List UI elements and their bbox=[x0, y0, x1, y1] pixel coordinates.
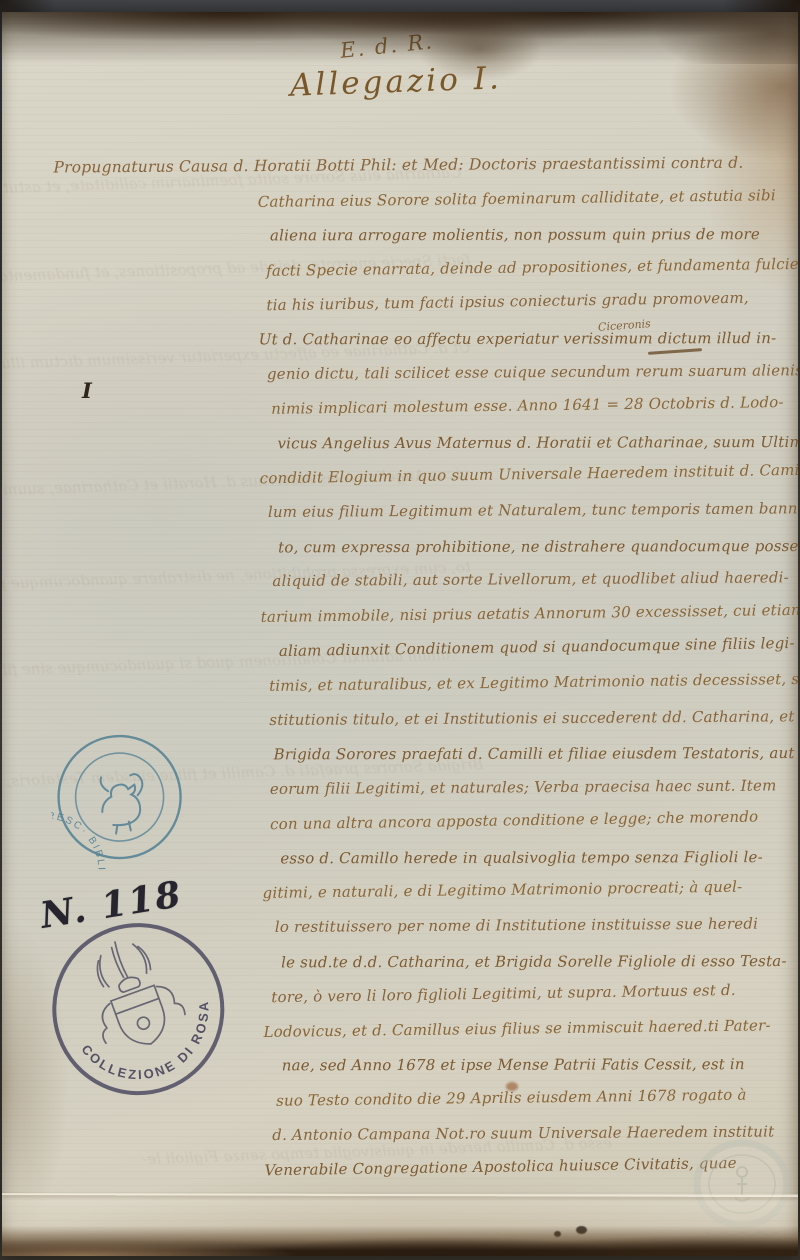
stamp-arc-text: COLLEZIONE DI ROSA bbox=[76, 995, 231, 1102]
svg-text:COLLEZIONE DI ROSA: COLLEZIONE DI ROSA bbox=[76, 995, 231, 1102]
library-stamp-queriniana: · BIBLIOTECA QUERINIANA COMUNALE IN BRES… bbox=[37, 714, 204, 884]
manuscript-scan: Catharina eius Sorore solita foeminarum … bbox=[0, 0, 800, 1260]
manuscript-line: Catharina eius Sorore solita foeminarum … bbox=[54, 178, 760, 222]
manuscript-line: to, cum expressa prohibitione, ne distra… bbox=[56, 529, 762, 565]
stained-top-edge bbox=[2, 12, 798, 64]
manuscript-line: nimis implicari molestum esse. Anno 1641… bbox=[55, 386, 761, 430]
rampant-lion-icon bbox=[95, 769, 151, 835]
margin-numeral: I bbox=[82, 378, 92, 403]
torn-bottom-edge bbox=[2, 1226, 798, 1256]
rust-spot bbox=[506, 1082, 518, 1091]
coat-of-arms-icon bbox=[74, 928, 191, 1059]
manuscript-page: Catharina eius Sorore solita foeminarum … bbox=[2, 12, 798, 1256]
page-title: Allegazio I. bbox=[289, 60, 502, 103]
